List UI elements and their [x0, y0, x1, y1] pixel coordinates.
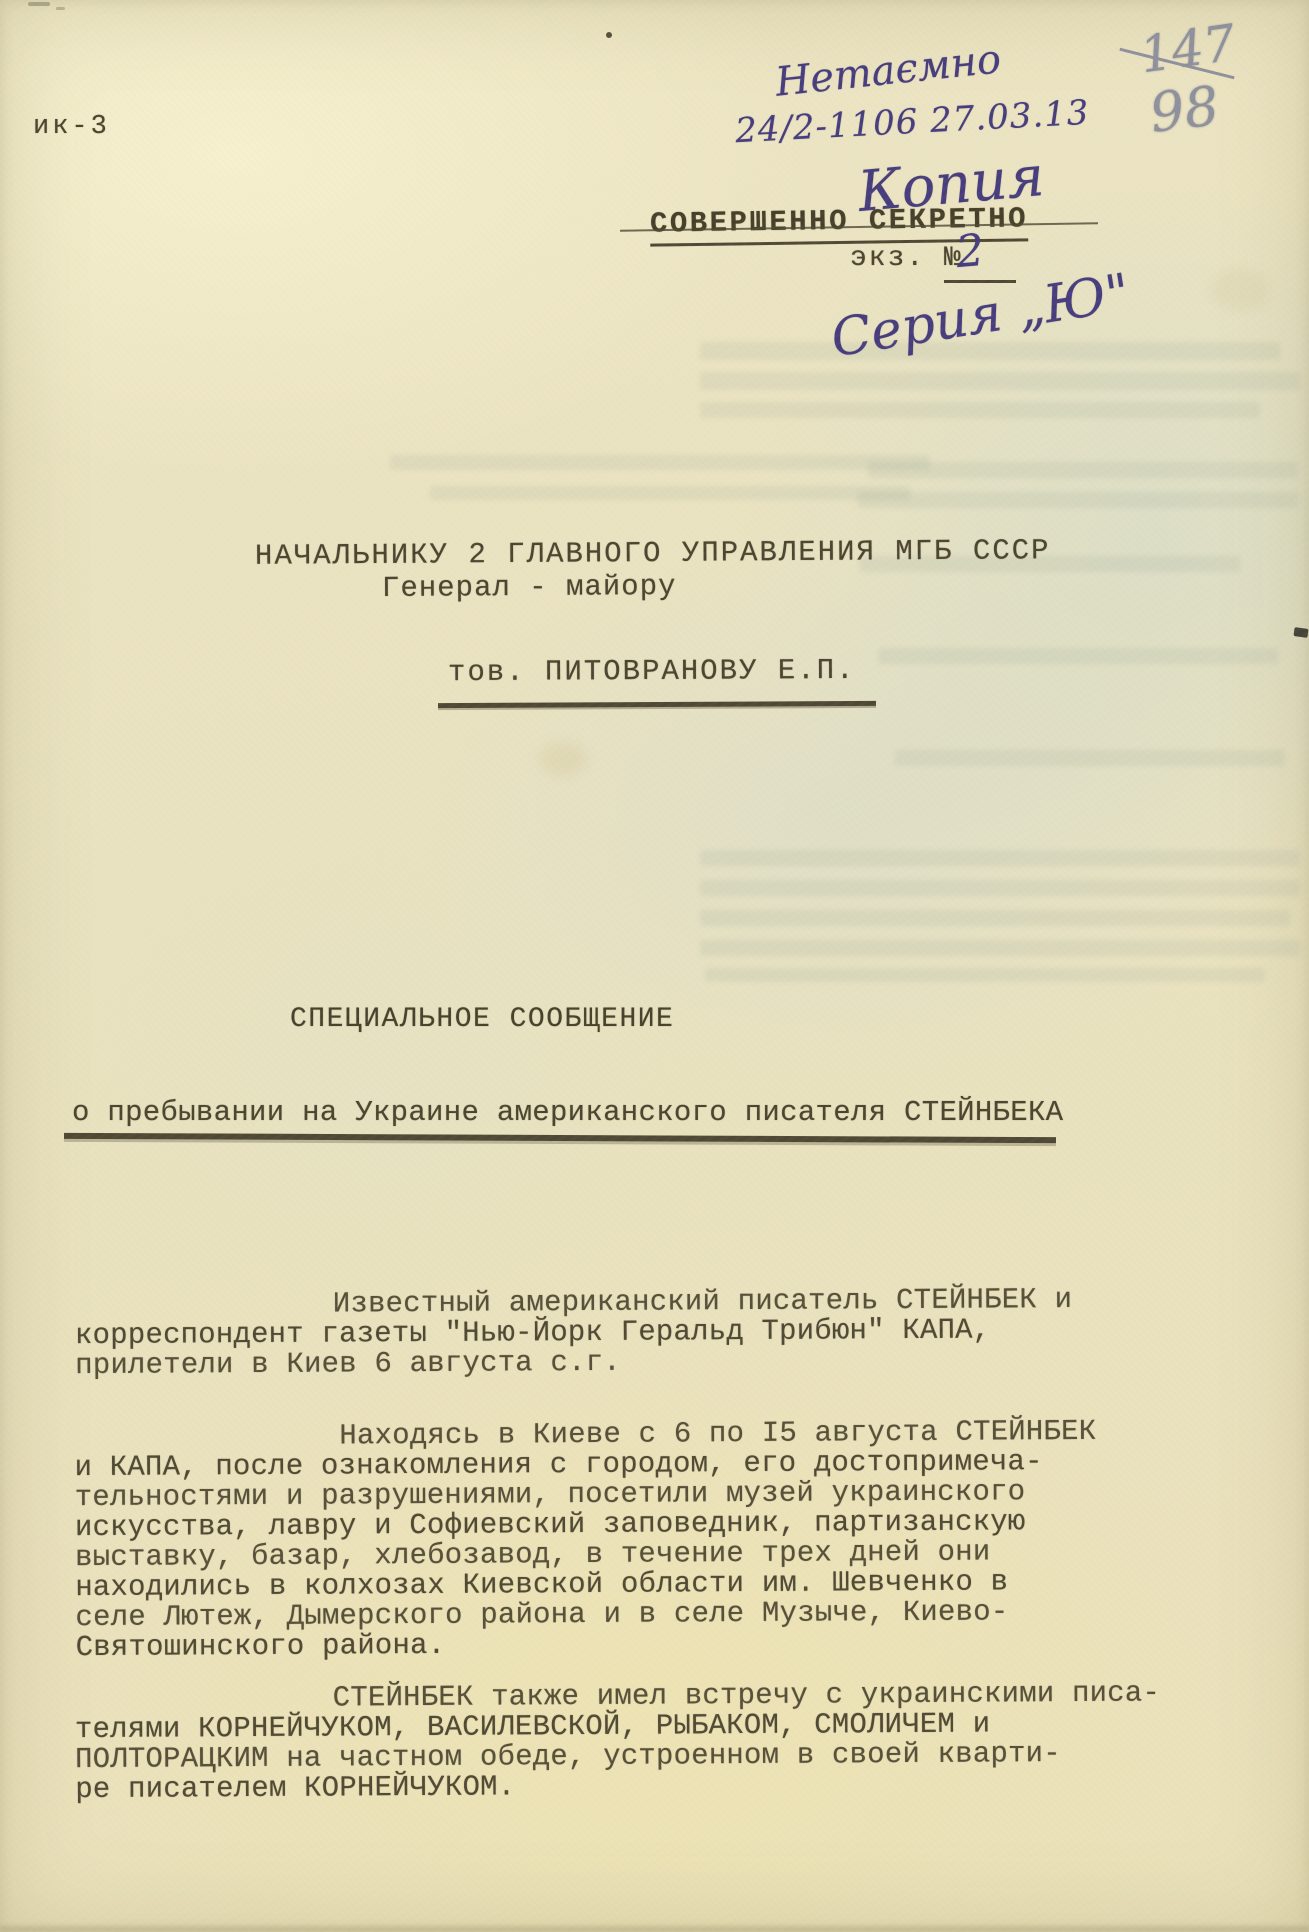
bleedthrough-text-ghost — [895, 750, 1285, 766]
bleedthrough-text-ghost — [705, 968, 1265, 982]
scanned-document-page: ик-3 Нетаємно 24/2-1106 27.03.13 147 98 … — [0, 0, 1309, 1932]
recipient-underline — [438, 701, 876, 708]
edge-mark — [28, 2, 50, 6]
ink-speck — [606, 32, 612, 38]
body-paragraph: СТЕЙНБЕК также имел встречу с украинским… — [75, 1679, 1096, 1805]
handwritten-page-number-new: 98 — [1146, 74, 1222, 145]
bleedthrough-text-ghost — [858, 492, 1298, 508]
bleedthrough-text-ghost — [390, 455, 930, 470]
body-paragraph: Известный американский писатель СТЕЙНБЕК… — [75, 1285, 1096, 1381]
bleedthrough-text-ghost — [868, 462, 1298, 478]
handwritten-declassification-note: Нетаємно — [773, 36, 1003, 105]
bleedthrough-text-ghost — [700, 402, 1260, 418]
body-text-line: Святошинского района. — [76, 1627, 1096, 1663]
bleedthrough-text-ghost — [700, 880, 1300, 896]
bleedthrough-text-ghost — [700, 940, 1300, 956]
edge-mark — [1293, 627, 1308, 638]
paper-stain — [1210, 270, 1270, 310]
subject-underline — [64, 1133, 1056, 1143]
document-subject: о пребывании на Украине американского пи… — [72, 1096, 1063, 1129]
bottom-edge-shadow — [0, 1926, 1309, 1932]
body-text-line: ре писателем КОРНЕЙЧУКОМ. — [75, 1769, 1095, 1805]
recipient-line-2: Генерал - майору — [382, 570, 677, 605]
corner-code: ик-3 — [33, 112, 110, 142]
bleedthrough-text-ghost — [878, 648, 1278, 664]
copy-number-label: экз. № — [850, 243, 963, 274]
recipient-line-3: тов. ПИТОВРАНОВУ Е.П. — [448, 654, 856, 689]
body-text-line: прилетели в Киев 6 августа с.г. — [75, 1345, 1095, 1381]
handwritten-copy-number: 2 — [954, 225, 986, 278]
recipient-line-1: НАЧАЛЬНИКУ 2 ГЛАВНОГО УПРАВЛЕНИЯ МГБ ССС… — [255, 534, 1051, 573]
bleedthrough-text-ghost — [700, 372, 1300, 390]
bleedthrough-text-ghost — [430, 486, 910, 500]
bleedthrough-text-ghost — [700, 850, 1300, 866]
edge-mark — [56, 7, 65, 10]
paper-stain — [540, 742, 586, 776]
body-paragraph: Находясь в Киеве с 6 по I5 августа СТЕЙН… — [74, 1417, 1095, 1663]
bleedthrough-text-ghost — [700, 910, 1290, 926]
document-title: СПЕЦИАЛЬНОЕ СООБЩЕНИЕ — [290, 1004, 674, 1035]
